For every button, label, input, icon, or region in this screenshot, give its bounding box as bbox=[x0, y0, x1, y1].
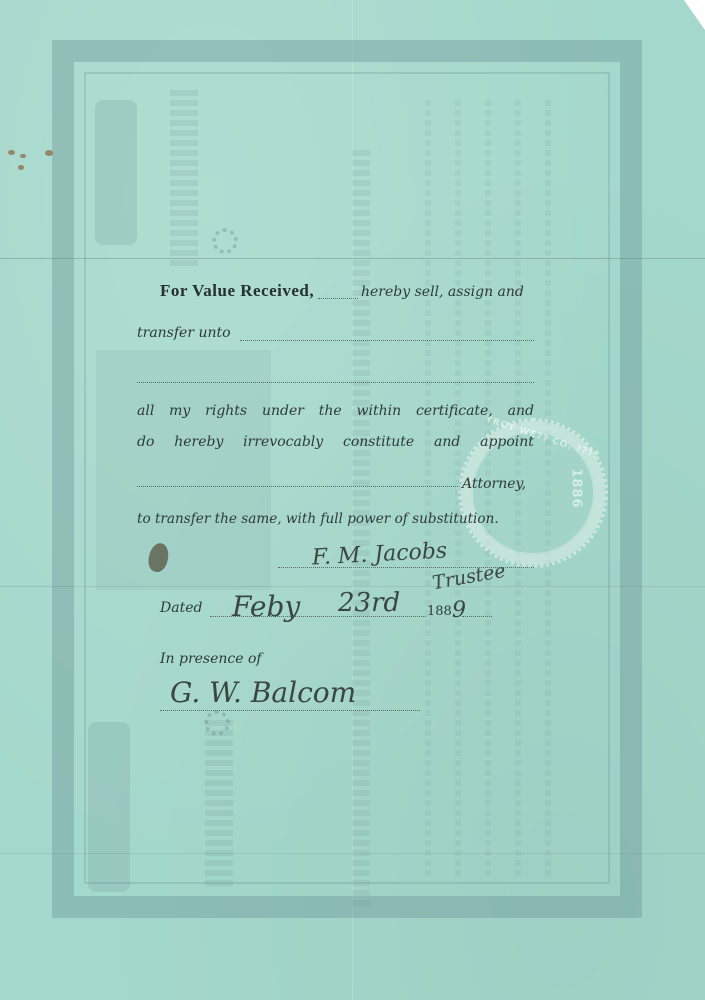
assignee-blank-continued bbox=[137, 382, 534, 383]
rust-stain bbox=[18, 165, 24, 170]
date-day: 23rd bbox=[338, 588, 400, 618]
for-value-received-heading: For Value Received, bbox=[160, 281, 314, 301]
word: appoint bbox=[480, 434, 534, 450]
assignment-line-1: hereby sell, assign and bbox=[361, 284, 524, 300]
bleed-through-image bbox=[96, 350, 271, 590]
year-digit: 9 bbox=[452, 598, 466, 623]
word: within bbox=[357, 403, 402, 419]
year-blank bbox=[462, 616, 492, 617]
assignee-blank bbox=[240, 340, 534, 341]
witness-signature: G. W. Balcom bbox=[170, 676, 356, 709]
word: irrevocably bbox=[243, 434, 323, 450]
word: all bbox=[137, 403, 154, 419]
assignment-line-2: transfer unto bbox=[137, 325, 231, 341]
assignment-line-6: to transfer the same, with full power of… bbox=[137, 511, 499, 527]
assignor-blank bbox=[318, 298, 358, 299]
attorney-blank bbox=[137, 486, 460, 487]
witness-label: In presence of bbox=[160, 651, 262, 667]
bleed-through-rosette bbox=[212, 228, 238, 254]
word: the bbox=[319, 403, 342, 419]
year-prefix: 188 bbox=[427, 604, 452, 619]
document-paper: 1886 TROY WE?? CO. ???? For Value Receiv… bbox=[0, 0, 705, 1000]
word: and bbox=[434, 434, 460, 450]
word: rights bbox=[205, 403, 247, 419]
word: constitute bbox=[343, 434, 414, 450]
bleed-through-vignette-bottom bbox=[88, 722, 130, 892]
rust-stain bbox=[20, 154, 26, 158]
bleed-through-title-column bbox=[170, 90, 198, 270]
bleed-through-text-column bbox=[425, 100, 431, 880]
rust-stain bbox=[8, 150, 15, 155]
word: hereby bbox=[174, 434, 223, 450]
witness-blank bbox=[160, 710, 420, 711]
seal-year: 1886 bbox=[569, 468, 584, 508]
date-month: Feby bbox=[232, 590, 300, 623]
word: my bbox=[169, 403, 190, 419]
assignment-line-3: all my rights under the within certifica… bbox=[137, 403, 534, 419]
bleed-through-rosette bbox=[204, 710, 230, 736]
dated-label: Dated bbox=[160, 600, 202, 616]
bleed-through-text-column bbox=[352, 150, 370, 910]
word: certificate, bbox=[416, 403, 493, 419]
rust-stain bbox=[45, 150, 53, 156]
bleed-through-vignette-top bbox=[95, 100, 137, 245]
attorney-label: Attorney, bbox=[462, 476, 526, 492]
word: and bbox=[508, 403, 534, 419]
word: under bbox=[262, 403, 304, 419]
bleed-through-title-column bbox=[205, 720, 233, 890]
assignment-line-4: do hereby irrevocably constitute and app… bbox=[137, 434, 534, 450]
word: do bbox=[137, 434, 154, 450]
